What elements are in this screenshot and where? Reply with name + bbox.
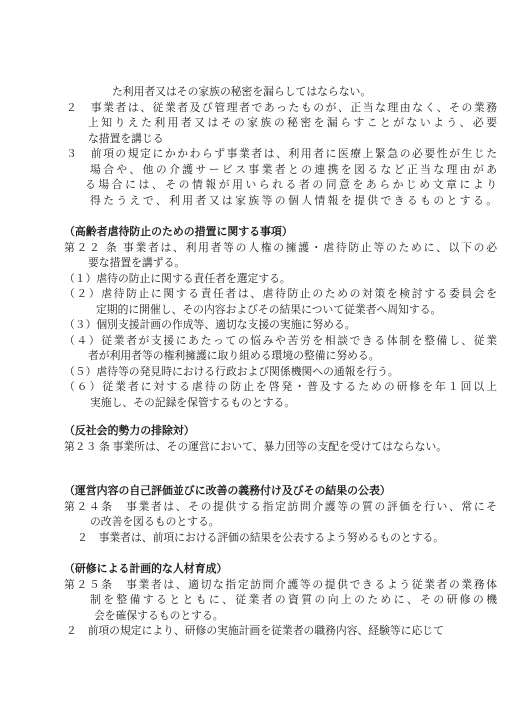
section-article-23-antisocial-forces: （反社会的勢力の排除対）第２３ 条 事業所は、その運営において、暴力団等の支配を…	[64, 424, 509, 455]
text-line: 得たうえで、利用者又は家族等の個人情報を提供できるものとする。	[64, 194, 497, 210]
text-line: 会を確保するものとする。	[64, 609, 497, 625]
text-line: （５）虐待等の発見時における行政および関係機関への通報を行う。	[64, 365, 497, 381]
text-line: （４）従業者が支援にあたっての悩みや苦労を相談できる体制を整備し、従業	[64, 334, 497, 350]
section-article-24-self-evaluation: （運営内容の自己評価並びに改善の義務付け及びその結果の公表）第２４条 事業者は、…	[64, 484, 509, 546]
text-line: る場合には、その情報が用いられる者の同意をあらかじめ文章により	[64, 178, 497, 194]
text-line: の改善を図るものとする。	[64, 515, 497, 531]
text-line: 第２５条 事業者は、適切な指定訪問介護等の提供できるよう従業者の業務体	[64, 578, 497, 594]
text-line: （６）従業者に対する虐待の防止を啓発・普及するための研修を年１回以上	[64, 380, 497, 396]
text-line: ２ 前項の規定により、研修の実施計画を従業者の職務内容、経験等に応じて	[64, 624, 497, 640]
text-line: 実施し、その記録を保管するものとする。	[64, 396, 497, 412]
text-line: ２ 事業者は、前項における評価の結果を公表するよう努めるものとする。	[64, 531, 497, 547]
text-line: 上知りえた利用者又はその家族の秘密を漏らすことがないよう、必要	[64, 116, 497, 132]
section-heading: （高齢者虐待防止のための措置に関する事項）	[64, 225, 497, 241]
text-line: 者が利用者等の権利擁護に取り組める環境の整備に努める。	[64, 349, 497, 365]
section-article-25-training-plan: （研修による計画的な人材育成）第２５条 事業者は、適切な指定訪問介護等の提供でき…	[64, 562, 509, 640]
text-line: （２）虐待防止に関する責任者は、虐待防止のための対策を検討する委員会を	[64, 287, 497, 303]
section-heading: （研修による計画的な人材育成）	[64, 562, 497, 578]
text-line: 第２３ 条 事業所は、その運営において、暴力団等の支配を受けてはならない。	[64, 440, 497, 456]
text-line: 場合や、他の介護サービス事業者との連携を図るなど正当な理由があ	[64, 163, 497, 179]
section-heading: （反社会的勢力の排除対）	[64, 424, 497, 440]
text-line: ３ 前項の規定にかかわらず事業者は、利用者に医療上緊急の必要性が生じた	[64, 147, 497, 163]
document-page: た利用者又はその家族の秘密を漏らしてはならない。２ 事業者は、従業者及び管理者で…	[0, 0, 509, 720]
text-line: な措置を講じる	[64, 132, 497, 148]
text-line: （１）虐待の防止に関する責任者を選定する。	[64, 272, 497, 288]
text-line: た利用者又はその家族の秘密を漏らしてはならない。	[64, 85, 497, 101]
text-line: 第２２ 条 事業者は、利用者等の人権の擁護・虐待防止等のために、以下の必	[64, 241, 497, 257]
text-line: ２ 事業者は、従業者及び管理者であったものが、正当な理由なく、その業務	[64, 101, 497, 117]
section-article-21-tail: た利用者又はその家族の秘密を漏らしてはならない。２ 事業者は、従業者及び管理者で…	[64, 85, 509, 209]
section-heading: （運営内容の自己評価並びに改善の義務付け及びその結果の公表）	[64, 484, 497, 500]
text-line: 要な措置を講ずる。	[64, 256, 497, 272]
text-line: 第２４条 事業者は、その提供する指定訪問介護等の質の評価を行い、常にそ	[64, 500, 497, 516]
text-line: 定期的に開催し、その内容およびその結果について従業者へ周知する。	[64, 303, 497, 319]
text-line: （３）個別支援計画の作成等、適切な支援の実施に努める。	[64, 318, 497, 334]
text-line: 制を整備するとともに、従業者の資質の向上のために、その研修の機	[64, 593, 497, 609]
section-article-22-abuse-prevention: （高齢者虐待防止のための措置に関する事項）第２２ 条 事業者は、利用者等の人権の…	[64, 225, 509, 411]
